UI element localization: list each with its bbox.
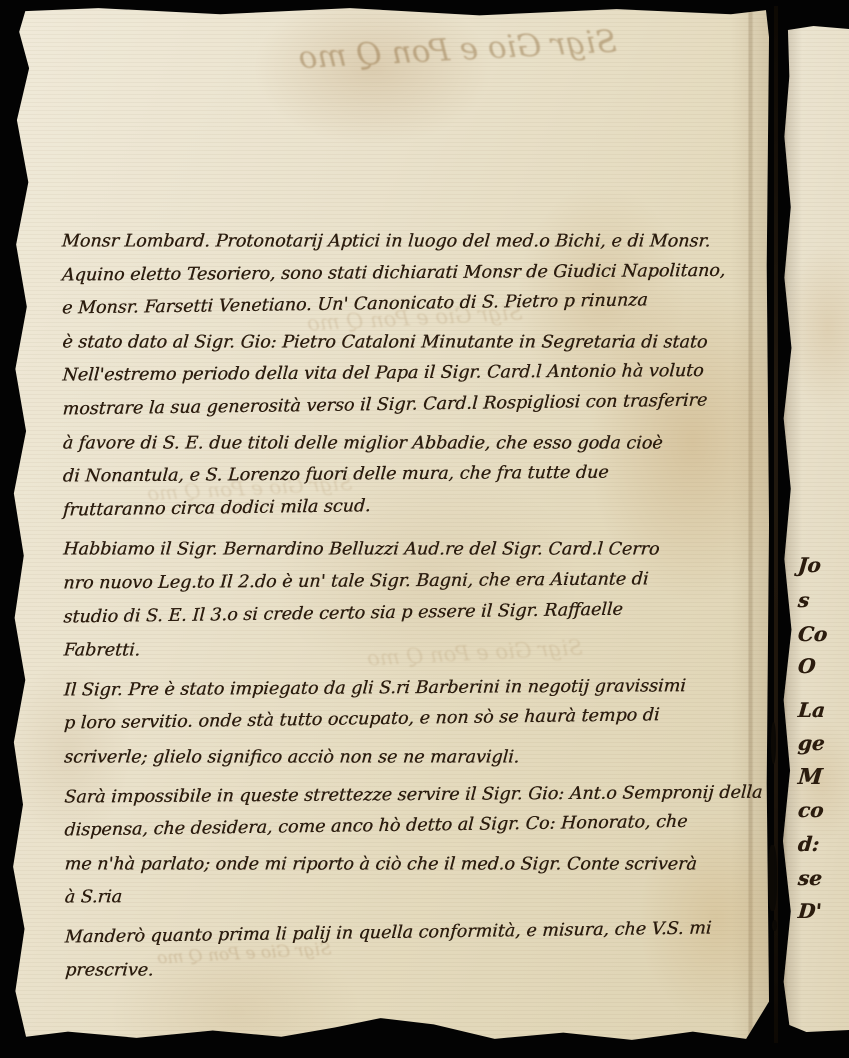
facing-page-line-fragment: Co xyxy=(797,622,828,646)
facing-page-line-fragment: D' xyxy=(797,899,823,923)
letter-body: Monsr Lombard. Protonotarij Aptici in lu… xyxy=(61,228,764,994)
facing-page-line-fragment: d: xyxy=(797,832,820,856)
manuscript-line: scriverle; glielo significo acciò non se… xyxy=(62,747,764,781)
letter-page: Sigr Gio e Pon Q mo Sigr Gio e Pon Q mo … xyxy=(7,6,769,1043)
ink-blot xyxy=(768,845,777,911)
facing-page-line-fragment: se xyxy=(797,866,823,890)
manuscript-line: à S.ria xyxy=(63,883,765,921)
facing-page-line-fragment: La xyxy=(797,698,826,722)
facing-page-line-fragment: M xyxy=(797,764,824,790)
facing-page-line-fragment: co xyxy=(797,798,825,822)
manuscript-scan: Sigr Gio e Pon Q mo Sigr Gio e Pon Q mo … xyxy=(0,0,849,1058)
facing-page-line-fragment: ge xyxy=(797,731,826,755)
ink-blot xyxy=(771,722,776,764)
facing-page-edge: Sigr Gio e Pon Q mo Jo s Co O La ge M co… xyxy=(778,26,849,1032)
manuscript-line: Monsr Lombard. Protonotarij Aptici in lu… xyxy=(60,232,762,266)
facing-page-line-fragment: s xyxy=(797,588,810,612)
manuscript-line: prescrive. xyxy=(63,961,765,995)
facing-page-line-fragment: O xyxy=(797,654,817,678)
manuscript-line: Manderò quanto prima li palij in quella … xyxy=(64,918,766,961)
ink-blot xyxy=(772,920,777,931)
manuscript-line: Fabretti. xyxy=(62,641,764,675)
ink-showthrough-heading: Sigr Gio e Pon Q mo xyxy=(216,24,617,81)
facing-page-line-fragment: Jo xyxy=(797,553,822,577)
